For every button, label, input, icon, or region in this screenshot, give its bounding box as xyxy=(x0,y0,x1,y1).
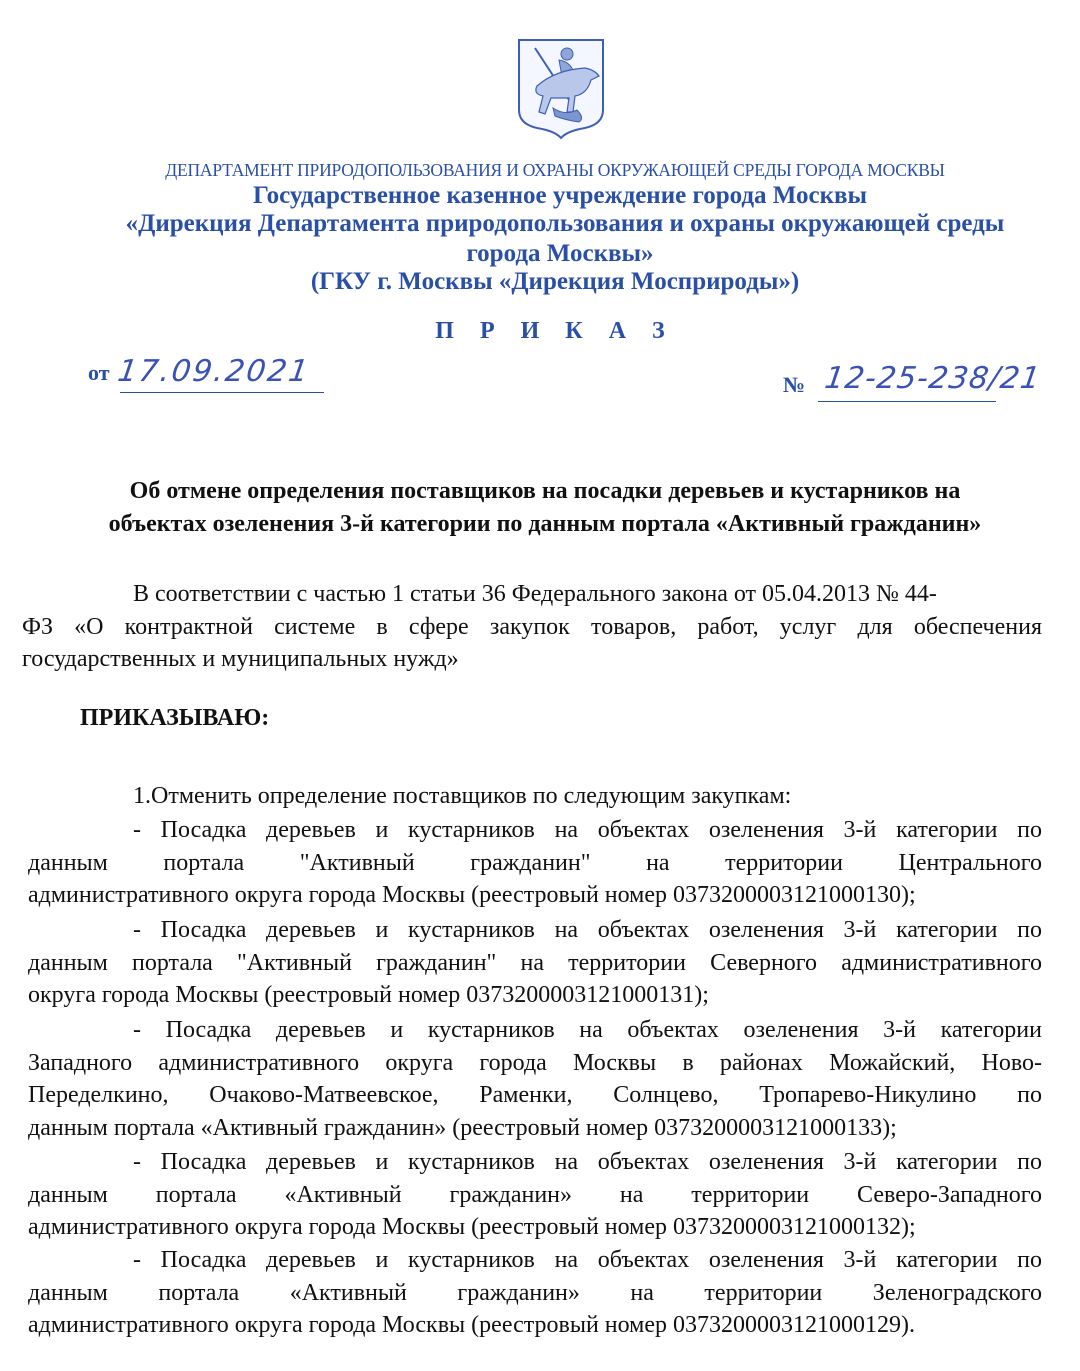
order-heading: ПРИКАЗЫВАЮ: xyxy=(80,705,269,732)
intro-line-1: В соответствии с частью 1 статьи 36 Феде… xyxy=(28,578,1042,611)
number-value: 12-25-238/21 xyxy=(823,361,1043,396)
intro-paragraph: В соответствии с частью 1 статьи 36 Феде… xyxy=(28,578,1042,676)
intro-line-3: государственных и муниципальных нужд» xyxy=(22,643,1042,676)
item-line: данным портала "Активный гражданин" на т… xyxy=(28,847,1042,880)
item-line: - Посадка деревьев и кустарников на объе… xyxy=(28,814,1042,847)
item-line: данным портала "Активный гражданин" на т… xyxy=(28,947,1042,980)
point-1-text: 1.Отменить определение поставщиков по сл… xyxy=(28,780,1042,813)
item-line: - Посадка деревьев и кустарников на объе… xyxy=(28,1244,1042,1277)
item-line: - Посадка деревьев и кустарников на объе… xyxy=(28,1146,1042,1179)
organization-name-line-2: «Дирекция Департамента природопользовани… xyxy=(70,210,1060,238)
item-line: административного округа города Москвы (… xyxy=(28,879,1042,912)
procurement-item: - Посадка деревьев и кустарников на объе… xyxy=(28,814,1042,912)
department-name: ДЕПАРТАМЕНТ ПРИРОДОПОЛЬЗОВАНИЯ И ОХРАНЫ … xyxy=(15,160,1080,181)
item-line: данным портала «Активный гражданин» (рее… xyxy=(28,1112,1042,1145)
document-type-heading: П Р И К А З xyxy=(15,318,1080,345)
title-line-1: Об отмене определения поставщиков на пос… xyxy=(30,475,1060,508)
procurement-item: - Посадка деревьев и кустарников на объе… xyxy=(28,1146,1042,1244)
procurement-item: - Посадка деревьев и кустарников на объе… xyxy=(28,1244,1042,1342)
organization-name-line-1: Государственное казенное учреждение горо… xyxy=(20,182,1080,210)
item-line: - Посадка деревьев и кустарников на объе… xyxy=(28,914,1042,947)
order-item-1: 1.Отменить определение поставщиков по сл… xyxy=(28,780,1042,813)
item-line: административного округа города Москвы (… xyxy=(28,1211,1042,1244)
date-value: 17.09.2021 xyxy=(116,354,313,389)
organization-name-line-3: города Москвы» xyxy=(20,240,1080,268)
item-line: данным портала «Активный гражданин» на т… xyxy=(28,1277,1042,1310)
document-title: Об отмене определения поставщиков на пос… xyxy=(30,475,1060,541)
item-line: административного округа города Москвы (… xyxy=(28,1309,1042,1342)
number-underline xyxy=(818,401,996,402)
date-label: от xyxy=(88,360,110,386)
procurement-item: - Посадка деревьев и кустарников на объе… xyxy=(28,914,1042,1012)
intro-line-2: ФЗ «О контрактной системе в сфере закупо… xyxy=(22,611,1042,644)
item-line: округа города Москвы (реестровый номер 0… xyxy=(28,979,1042,1012)
date-underline xyxy=(120,392,324,393)
item-line: - Посадка деревьев и кустарников на объе… xyxy=(28,1014,1042,1047)
item-line: Переделкино, Очаково-Матвеевское, Раменк… xyxy=(28,1079,1042,1112)
item-line: Западного административного округа город… xyxy=(28,1047,1042,1080)
organization-short-name: (ГКУ г. Москвы «Дирекция Мосприроды») xyxy=(15,268,1080,296)
moscow-coat-of-arms-icon xyxy=(515,36,607,140)
item-line: данным портала «Активный гражданин» на т… xyxy=(28,1179,1042,1212)
procurement-item: - Посадка деревьев и кустарников на объе… xyxy=(28,1014,1042,1144)
number-label: № xyxy=(783,372,805,398)
title-line-2: объектах озеленения 3-й категории по дан… xyxy=(30,508,1060,541)
